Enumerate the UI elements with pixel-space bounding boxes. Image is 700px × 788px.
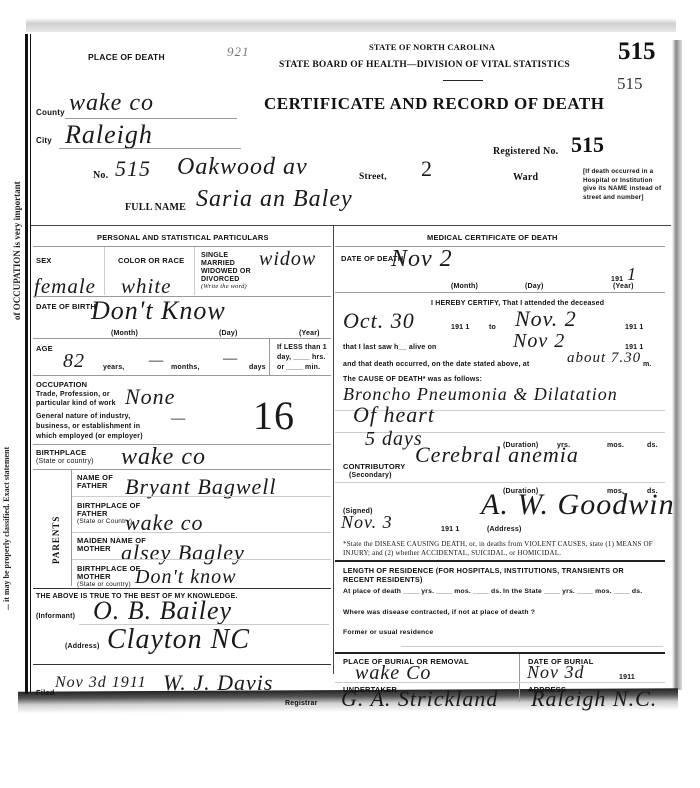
physician-address-label: (Address) [487,526,521,533]
birthplace-hint: (State or country) [36,458,94,465]
mother-name-value: alsey Bagley [121,540,245,566]
state-heading: STATE OF NORTH CAROLINA [369,42,495,52]
contributory-value: Cerebral anemia [415,442,579,468]
margin-line-1: of OCCUPATION is very important [12,181,22,320]
age-years-value: 82 [63,350,85,373]
pencil-note: 921 [227,44,250,60]
county-label: County [36,108,65,117]
birthplace-value: wake co [121,444,206,471]
father-birthplace-hint: (State or Country) [77,518,132,525]
or-min-label: or ____ min. [277,364,320,371]
color-label: COLOR OR RACE [118,256,184,265]
filed-value: Nov 3d 1911 [55,674,147,692]
registrar-label: Registrar [285,700,318,707]
registered-number: 515 [571,132,604,158]
ward-label: Ward [513,172,538,183]
age-days-value: — [223,350,238,368]
ward-value: 2 [421,156,433,182]
street-number-value: 515 [115,156,151,182]
corner-number-stamped: 515 [617,74,643,94]
margin-line-2: ... it may be properly classified. Exact… [2,447,11,610]
scan-shadow-top [26,18,676,32]
marital-value: widow [259,248,316,271]
dob-month-label: (Month) [111,330,138,337]
city-label: City [36,136,52,145]
burial-year: 1911 [619,674,635,681]
dod-year-prefix: 191 [611,276,623,283]
corner-number-printed: 515 [618,38,656,66]
hospital-note: [If death occurred in a Hospital or Inst… [583,168,663,202]
years-label: years, [103,364,124,371]
informant-address-label: (Address) [65,643,99,650]
dob-label: DATE OF BIRTH [36,302,96,311]
undertaker-value: G. A. Strickland [341,686,498,712]
place-of-death-label: PLACE OF DEATH [88,52,165,62]
days-label: days [249,364,266,371]
occupation-label: OCCUPATION [36,380,87,389]
registered-label: Registered No. [493,146,558,157]
death-time-value: about 7.30 [567,350,641,367]
street-value: Oakwood av [177,154,308,181]
board-heading: STATE BOARD OF HEALTH—DIVISION OF VITAL … [279,60,570,70]
dod-month-label: (Month) [451,283,478,290]
less-than-label: If LESS than 1 [277,344,327,351]
occupation-value: None [125,384,175,410]
attended-from-year: 191 1 [451,324,470,331]
informant-value: O. B. Bailey [93,596,232,626]
mother-birthplace-hint: (State or country) [77,581,131,588]
title-rule [443,80,483,81]
residence-in-state: In the State ____ yrs. ____ mos. ____ ds… [503,588,663,596]
cause-label: The CAUSE OF DEATH* was as follows: [343,376,482,383]
filed-label: Filed [36,688,55,697]
physician-signature: A. W. Goodwin [481,488,675,522]
age-label: AGE [36,344,53,353]
column-divider [333,226,334,674]
mother-birthplace-value: Don't know [135,566,237,589]
city-value: Raleigh [65,120,153,150]
parents-label: PARENTS [51,516,61,564]
last-saw-value: Nov 2 [513,330,565,353]
death-certificate-scan: of OCCUPATION is very important ... it m… [0,0,700,788]
county-value: wake co [69,90,154,117]
industry-value: — [171,410,186,428]
certificate-form: PLACE OF DEATH 921 STATE OF NORTH CAROLI… [31,32,671,692]
burial-date-value: Nov 3d [527,662,585,683]
residence-at-place: At place of death ____ yrs. ____ mos. __… [343,588,503,596]
birthplace-label: BIRTHPLACE [36,448,86,457]
dob-day-label: (Day) [219,330,238,337]
disease-contracted-label: Where was disease contracted, if not at … [343,609,663,617]
full-name-value: Saria an Baley [196,186,353,213]
former-residence-label: Former or usual residence [343,629,463,637]
full-name-label: FULL NAME [125,202,186,213]
dod-value: Nov 2 [391,246,453,273]
death-time-label: and that death occurred, on the date sta… [343,361,529,368]
secondary-label: (Secondary) [349,472,392,479]
last-saw-label: that I last saw h__ alive on [343,344,437,351]
age-months-value: — [149,352,164,370]
trade-label: Trade, Profession, or particular kind of… [36,390,126,408]
attended-to-value: Nov. 2 [515,306,577,332]
cause-footnote: *State the DISEASE CAUSING DEATH, or, in… [343,540,665,558]
dob-value: Don't Know [91,296,226,326]
registrar-value: W. J. Davis [163,670,273,696]
death-time-suffix: m. [643,361,652,368]
street-no-label: No. [93,170,108,181]
street-label: Street, [359,172,387,182]
medical-section-title: MEDICAL CERTIFICATE OF DEATH [427,233,558,242]
header-divider [31,225,671,226]
dod-year-label: (Year) [613,283,634,290]
to-label: to [489,324,496,331]
signed-year: 191 1 [441,526,460,533]
certificate-title: CERTIFICATE AND RECORD OF DEATH [264,94,604,114]
cause-ds-label: ds. [647,442,658,449]
attended-from-value: Oct. 30 [343,308,415,334]
dod-day-label: (Day) [525,283,544,290]
marital-hint: (Write the word) [201,283,247,290]
margin-instructions: of OCCUPATION is very important ... it m… [2,50,22,690]
residence-title: LENGTH OF RESIDENCE (FOR HOSPITALS, INST… [343,566,643,584]
dob-year-label: (Year) [299,330,320,337]
personal-section-title: PERSONAL AND STATISTICAL PARTICULARS [97,233,269,242]
contributory-label: CONTRIBUTORY [343,462,405,471]
attended-to-year: 191 1 [625,324,644,331]
father-name-label: NAME OF FATHER [77,474,127,490]
industry-label: General nature of industry, business, or… [36,412,148,442]
cause-line-2: Of heart [353,402,435,428]
cause-mos-label: mos. [607,442,624,449]
scan-edge-right [672,40,682,690]
day-hrs-label: day, ____ hrs. [277,354,326,361]
signed-date: Nov. 3 [341,512,393,533]
marital-label: SINGLE MARRIED WIDOWED OR DIVORCED [201,252,261,284]
left-border-rule [25,34,28,694]
sex-label: SEX [36,256,52,265]
dod-year-value: 1 [627,264,637,285]
undertaker-address-value: Raleigh N.C. [531,686,657,712]
months-label: months, [171,364,200,371]
informant-address-value: Clayton NC [107,624,250,656]
informant-label: (Informant) [36,613,75,620]
margin-note: 16 [253,392,295,439]
